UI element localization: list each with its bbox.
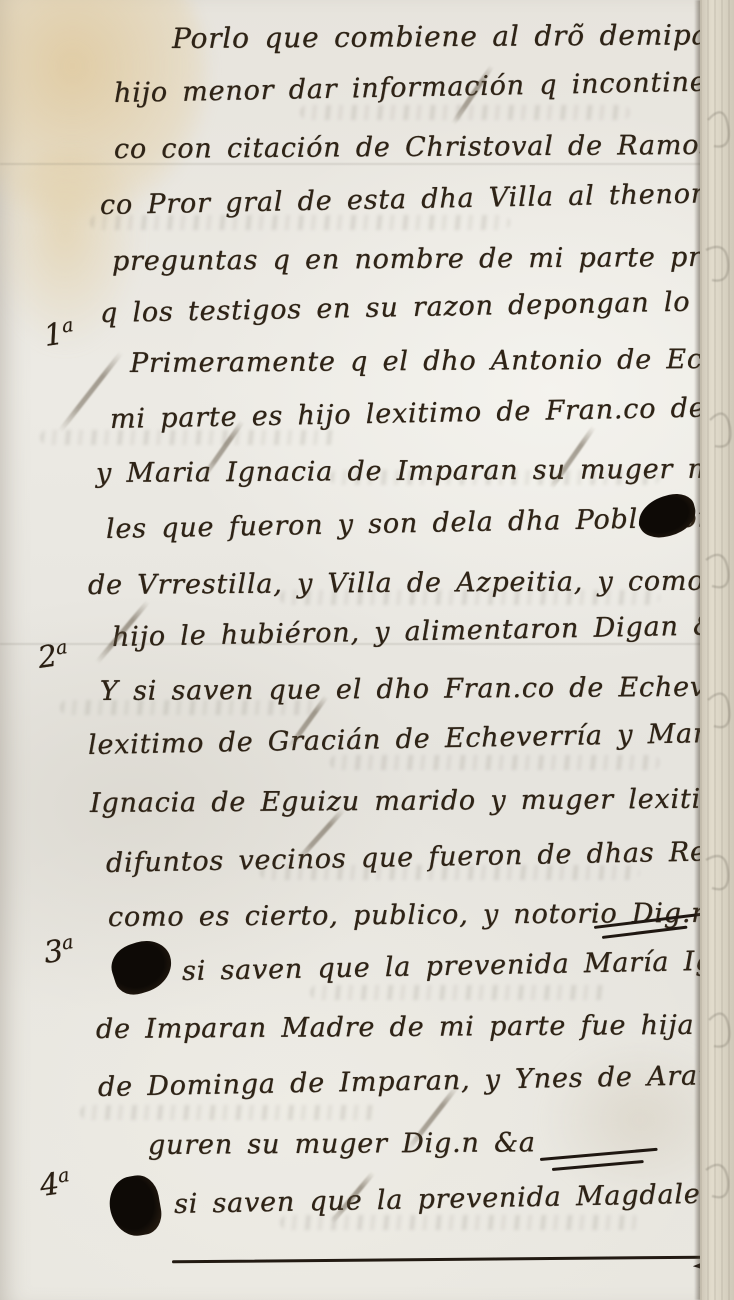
bleedthrough-ghost xyxy=(310,985,610,1000)
manuscript-line: si saven que la prevenida María Ignaci xyxy=(182,945,734,987)
manuscript-page: 1a 2a 3a 4a Porlo que combiene al drõ de… xyxy=(0,0,734,1300)
manuscript-line: de Vrrestilla, y Villa de Azpeitia, y co… xyxy=(88,565,734,601)
ink-blot xyxy=(106,934,179,1000)
manuscript-line: y Maria Ignacia de Imparan su muger natu… xyxy=(96,453,734,489)
margin-number-suffix: a xyxy=(57,1164,71,1187)
manuscript-line: de Imparan Madre de mi parte fue hija le… xyxy=(96,1009,734,1045)
bleedthrough-ghost xyxy=(80,1105,380,1120)
margin-number-4: 4a xyxy=(38,1164,73,1204)
adjacent-page-ghost-writing xyxy=(700,0,734,1300)
manuscript-line: Ignacia de Eguizu marido y muger lexitim xyxy=(90,784,728,819)
manuscript-line: hijo le hubiéron, y alimentaron Digan &a xyxy=(112,610,734,653)
bottom-rule xyxy=(172,1256,704,1264)
manuscript-line: q los testigos en su razon depongan lo q… xyxy=(100,283,734,329)
manuscript-line: preguntas q en nombre de mi parte propon… xyxy=(112,241,734,277)
manuscript-line: Yt. si saven que la prevenida Magdalena xyxy=(120,1178,734,1221)
manuscript-line: Y si saven que el dho Fran.co de Echever… xyxy=(100,671,734,707)
manuscript-line: mi parte es hijo lexitimo de Fran.co de … xyxy=(110,390,734,435)
margin-number-suffix: a xyxy=(55,636,69,659)
manuscript-line: Primeramente q el dho Antonio de Echever… xyxy=(130,343,734,379)
manuscript-line: guren su muger Dig.n &a xyxy=(148,1127,536,1161)
margin-number-suffix: a xyxy=(61,931,75,954)
manuscript-line: co con citación de Christoval de Ramos S… xyxy=(114,129,734,165)
bleedthrough-ghost xyxy=(330,755,660,770)
margin-number-2: 2a xyxy=(36,636,71,676)
ink-blot xyxy=(105,1172,165,1240)
manuscript-line: co Pror gral de esta dha Villa al thenor… xyxy=(100,176,734,221)
margin-number-1: 1a xyxy=(42,314,77,354)
paper-crease xyxy=(0,163,734,165)
margin-number-3: 3a xyxy=(42,931,77,971)
manuscript-line: como es cierto, publico, y notorio Dig.n… xyxy=(108,897,734,933)
adjacent-page-edge xyxy=(700,0,734,1300)
manuscript-line: Porlo que combiene al drõ demiparte, y d… xyxy=(172,16,734,55)
